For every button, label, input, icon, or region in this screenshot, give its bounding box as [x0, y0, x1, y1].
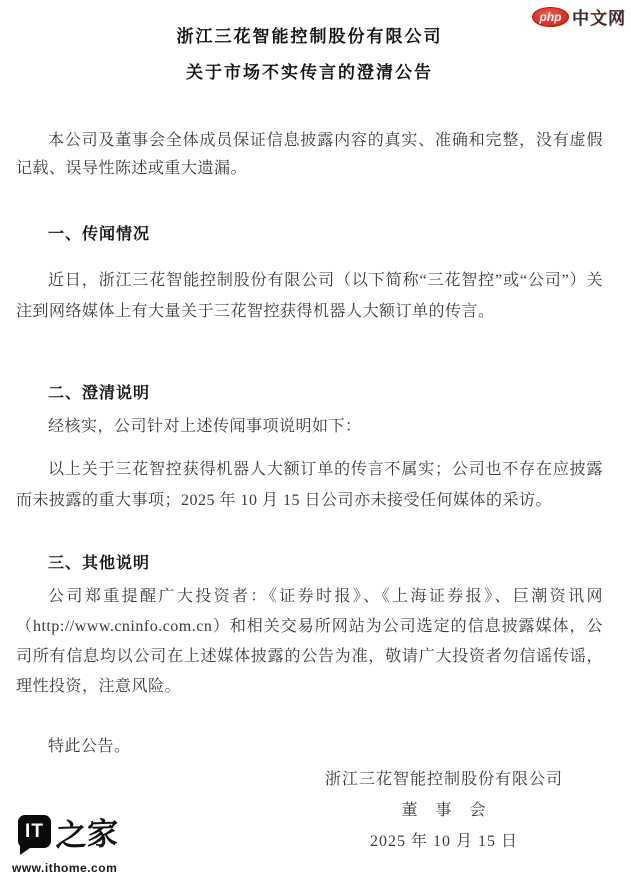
ithome-it-text: IT: [25, 821, 44, 843]
signature-board: 董 事 会: [325, 795, 563, 826]
document-title-line2: 关于市场不实传言的澄清公告: [16, 62, 603, 84]
ithome-speech-bubble-icon: IT: [18, 815, 51, 848]
announcement-document: 浙江三花智能控制股份有限公司 关于市场不实传言的澄清公告 本公司及董事会全体成员…: [0, 0, 631, 857]
section-heading-clarification: 二、澄清说明: [16, 384, 603, 404]
ithome-zhijia-text: 之家: [55, 808, 119, 855]
closing-statement: 特此公告。: [16, 737, 603, 757]
section-heading-other: 三、其他说明: [16, 554, 603, 574]
clarification-intro-paragraph: 经核实，公司针对上述传闻事项说明如下：: [16, 413, 603, 441]
signature-block: 浙江三花智能控制股份有限公司 董 事 会 2025 年 10 月 15 日: [325, 764, 563, 857]
rumor-paragraph: 近日，浙江三花智能控制股份有限公司（以下简称“三花智控”或“公司”）关注到网络媒…: [16, 265, 603, 327]
signature-company: 浙江三花智能控制股份有限公司: [325, 764, 563, 795]
ithome-url: www.ithome.com: [12, 861, 118, 872]
other-notes-paragraph: 公司郑重提醒广大投资者：《证券时报》、《上海证券报》、巨潮资讯网（http://…: [16, 582, 603, 702]
clarification-detail-paragraph: 以上关于三花智控获得机器人大额订单的传言不属实；公司也不存在应披露而未披露的重大…: [16, 454, 603, 516]
php-logo-badge-icon: php: [532, 7, 569, 27]
disclaimer-paragraph: 本公司及董事会全体成员保证信息披露内容的真实、准确和完整，没有虚假记载、误导性陈…: [16, 127, 603, 183]
php-logo-site-name: 中文网: [572, 4, 626, 29]
php-cn-logo: php 中文网: [532, 4, 626, 29]
section-heading-rumor: 一、传闻情况: [16, 225, 603, 245]
ithome-logo: IT 之家 www.ithome.com: [12, 809, 118, 872]
document-title-line1: 浙江三花智能控制股份有限公司: [16, 26, 603, 48]
signature-date: 2025 年 10 月 15 日: [325, 826, 563, 857]
